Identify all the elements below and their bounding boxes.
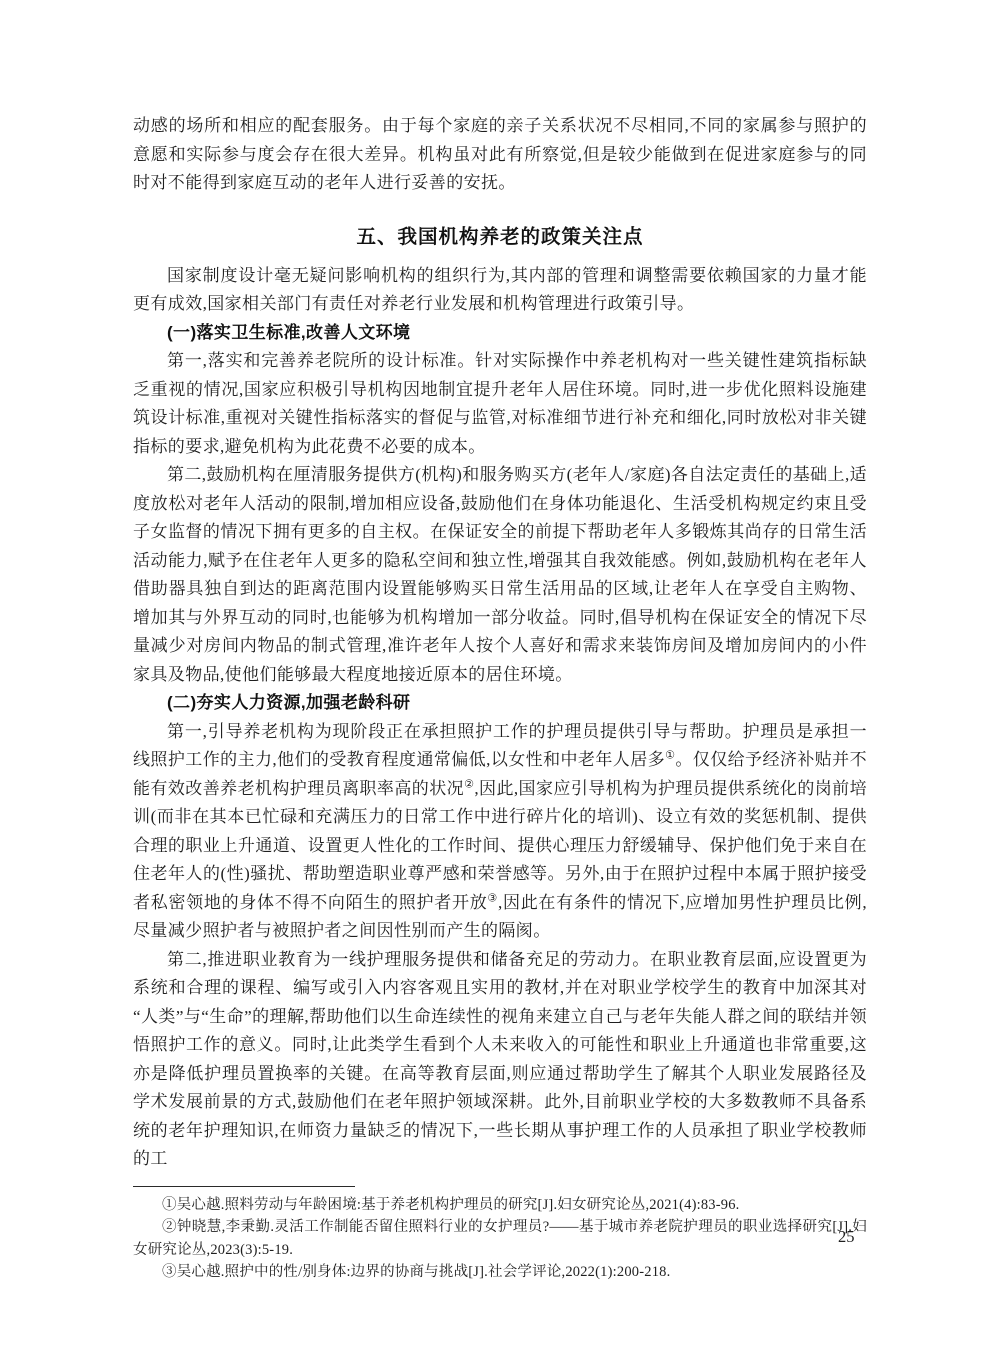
footnote-ref-2: ② — [464, 778, 474, 790]
subsection-2-paragraph-1: 第一,引导养老机构为现阶段正在承担照护工作的护理员提供引导与帮助。护理员是承担一… — [133, 718, 867, 946]
footnote-2-marker: ② — [162, 1219, 177, 1235]
footnote-ref-1: ① — [665, 749, 675, 761]
footnote-3-text: 吴心越.照护中的性/别身体:边界的协商与挑战[J].社会学评论,2022(1):… — [177, 1264, 671, 1280]
subsection-1-paragraph-1: 第一,落实和完善养老院所的设计标准。针对实际操作中养老机构对一些关键性建筑指标缺… — [133, 347, 867, 461]
text-column: 动感的场所和相应的配套服务。由于每个家庭的亲子关系状况不尽相同,不同的家属参与照… — [133, 112, 867, 1284]
intro-paragraph: 动感的场所和相应的配套服务。由于每个家庭的亲子关系状况不尽相同,不同的家属参与照… — [133, 112, 867, 198]
subsection-2-paragraph-2: 第二,推进职业教育为一线护理服务提供和储备充足的劳动力。在职业教育层面,应设置更… — [133, 946, 867, 1174]
footnote-1-marker: ① — [162, 1197, 177, 1213]
footnote-separator-rule — [133, 1186, 355, 1187]
section-intro-paragraph: 国家制度设计毫无疑问影响机构的组织行为,其内部的管理和调整需要依赖国家的力量才能… — [133, 262, 867, 319]
document-page: 动感的场所和相应的配套服务。由于每个家庭的亲子关系状况不尽相同,不同的家属参与照… — [0, 0, 1000, 1347]
subsection-1-paragraph-2: 第二,鼓励机构在厘清服务提供方(机构)和服务购买方(老年人/家庭)各自法定责任的… — [133, 461, 867, 689]
footnote-1: ①吴心越.照料劳动与年龄困境:基于养老机构护理员的研究[J].妇女研究论丛,20… — [133, 1194, 867, 1217]
footnote-2: ②钟晓慧,李秉勤.灵活工作制能否留住照料行业的女护理员?——基于城市养老院护理员… — [133, 1216, 867, 1261]
section-heading: 五、我国机构养老的政策关注点 — [133, 221, 867, 249]
footnote-2-text: 钟晓慧,李秉勤.灵活工作制能否留住照料行业的女护理员?——基于城市养老院护理员的… — [133, 1219, 867, 1258]
footnote-3-marker: ③ — [162, 1264, 177, 1280]
footnotes-block: ①吴心越.照料劳动与年龄困境:基于养老机构护理员的研究[J].妇女研究论丛,20… — [133, 1194, 867, 1284]
footnote-ref-3: ③ — [487, 892, 498, 904]
subsection-2-heading: (二)夯实人力资源,加强老龄科研 — [133, 689, 867, 718]
subsection-1-heading: (一)落实卫生标准,改善人文环境 — [133, 319, 867, 348]
footnote-1-text: 吴心越.照料劳动与年龄困境:基于养老机构护理员的研究[J].妇女研究论丛,202… — [177, 1197, 740, 1213]
footnote-3: ③吴心越.照护中的性/别身体:边界的协商与挑战[J].社会学评论,2022(1)… — [133, 1261, 867, 1284]
page-number: 25 — [838, 1227, 855, 1247]
